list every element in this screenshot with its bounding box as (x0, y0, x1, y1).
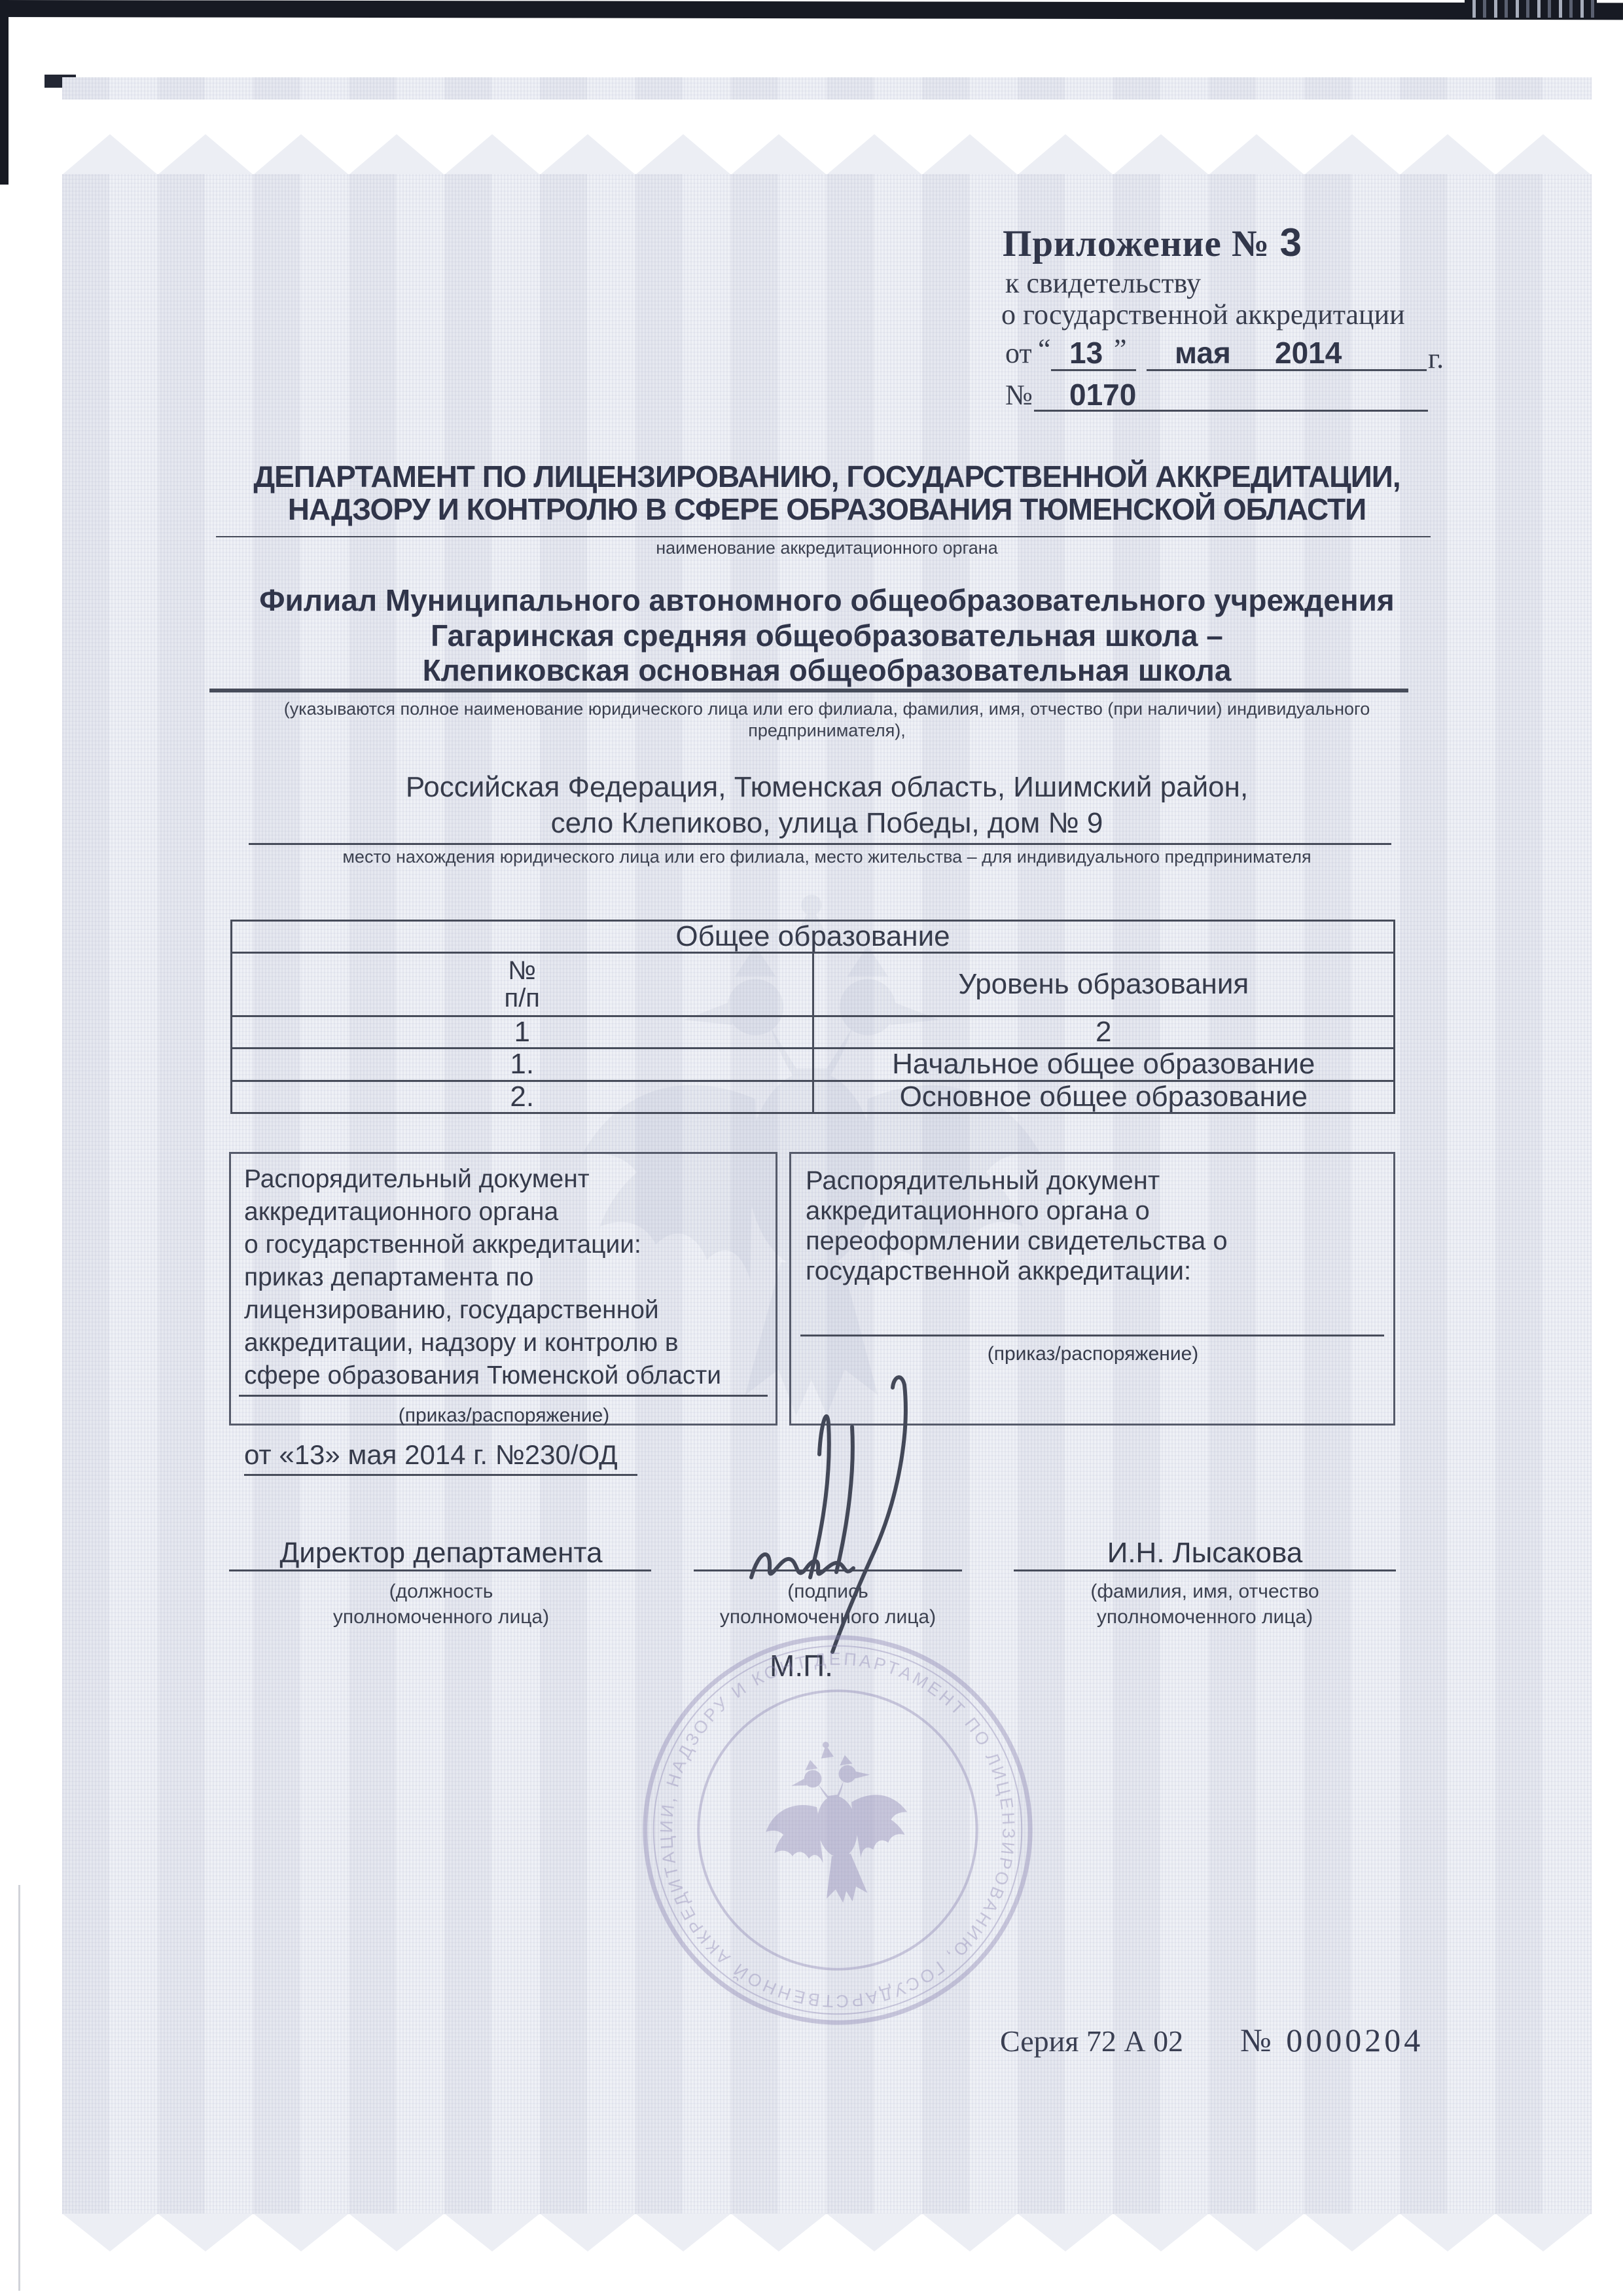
zigzag-bottom-border (62, 2214, 1592, 2254)
date-month: мая (1175, 335, 1231, 370)
security-paper-top-strip (62, 77, 1592, 99)
authority-name-line1: ДЕПАРТАМЕНТ ПО ЛИЦЕНЗИРОВАНИЮ, ГОСУДАРСТ… (62, 459, 1592, 494)
row-level: Начальное общее образование (813, 1049, 1395, 1081)
table-row: 1. Начальное общее образование (232, 1049, 1395, 1081)
order-box-left-rule (239, 1395, 768, 1397)
row-level: Основное общее образование (813, 1081, 1395, 1113)
table-title: Общее образование (232, 921, 1395, 953)
appendix-line1: к свидетельству (1005, 266, 1201, 300)
number-label: № (1005, 378, 1033, 412)
number-underline (1034, 410, 1428, 412)
certificate-page: Приложение № 3 к свидетельству о государ… (0, 0, 1623, 2296)
name-line (1014, 1570, 1396, 1571)
date-month-underline (1147, 369, 1427, 371)
zigzag-top-border (62, 134, 1592, 175)
row-number: 1. (232, 1049, 813, 1081)
signer-position: Директор департамента (232, 1537, 651, 1570)
location-caption: место нахождения юридического лица или е… (62, 847, 1592, 867)
quote-open: “ (1038, 332, 1051, 366)
authority-name-line2: НАДЗОРУ И КОНТРОЛЮ В СФЕРЕ ОБРАЗОВАНИЯ Т… (62, 492, 1592, 527)
table-row: 2. Основное общее образование (232, 1081, 1395, 1113)
date-prefix: от (1005, 336, 1032, 370)
signer-name: И.Н. Лысакова (1014, 1537, 1396, 1570)
scan-top-strip (0, 0, 1623, 20)
authority-rule (216, 536, 1431, 537)
series-label: Серия 72 А 02 (1000, 2024, 1183, 2058)
location-rule (249, 843, 1391, 845)
seal-eagle-icon (755, 1732, 919, 1912)
number-value: 0170 (1069, 377, 1136, 412)
authority-caption: наименование аккредитационного органа (62, 538, 1592, 558)
position-caption: (должность уполномоченного лица) (232, 1579, 651, 1630)
scan-left-corner-mark (0, 0, 9, 185)
date-day-underline (1051, 369, 1136, 371)
order-box-left-order-line: от «13» мая 2014 г. №230/ОД (244, 1437, 637, 1476)
date-year: 2014 (1275, 335, 1342, 370)
scan-barcode (1465, 0, 1597, 18)
date-year-suffix: г. (1428, 342, 1444, 375)
appendix-line2: о государственной аккредитации (1001, 298, 1405, 331)
table-col1-index: 1 (232, 1016, 813, 1049)
scan-paper-edge (18, 1885, 20, 2291)
organization-caption-line1: (указываются полное наименование юридиче… (62, 699, 1592, 719)
organization-rule (209, 689, 1408, 692)
organization-caption-line2: предпринимателя), (62, 721, 1592, 741)
table-col1-header: № п/п (232, 953, 813, 1016)
series-number: № 0000204 (1240, 2021, 1423, 2059)
name-caption: (фамилия, имя, отчество уполномоченного … (1014, 1579, 1396, 1630)
location-line2: село Клепиково, улица Победы, дом № 9 (62, 807, 1592, 840)
order-box-right-text: Распорядительный документ аккредитационн… (806, 1166, 1380, 1286)
order-box-right-rule (800, 1335, 1384, 1336)
official-seal: ДЕПАРТАМЕНТ ПО ЛИЦЕНЗИРОВАНИЮ, ГОСУДАРСТ… (603, 1595, 1073, 2065)
organization-line1: Филиал Муниципального автономного общеоб… (62, 583, 1592, 618)
organization-line3: Клепиковская основная общеобразовательна… (62, 653, 1592, 688)
location-line1: Российская Федерация, Тюменская область,… (62, 771, 1592, 804)
appendix-title: Приложение № 3 (1003, 220, 1302, 265)
order-box-left-text: Распорядительный документ аккредитационн… (244, 1163, 764, 1392)
organization-line2: Гагаринская средняя общеобразовательная … (62, 618, 1592, 653)
education-table: Общее образование № п/п Уровень образова… (230, 920, 1395, 1114)
quote-close: ” (1114, 332, 1127, 366)
position-line (229, 1570, 651, 1571)
date-day: 13 (1069, 335, 1103, 370)
table-col2-header: Уровень образования (813, 953, 1395, 1016)
row-number: 2. (232, 1081, 813, 1113)
order-box-left: Распорядительный документ аккредитационн… (229, 1152, 777, 1426)
order-box-left-caption: (приказ/распоряжение) (244, 1399, 764, 1432)
table-col2-index: 2 (813, 1016, 1395, 1049)
